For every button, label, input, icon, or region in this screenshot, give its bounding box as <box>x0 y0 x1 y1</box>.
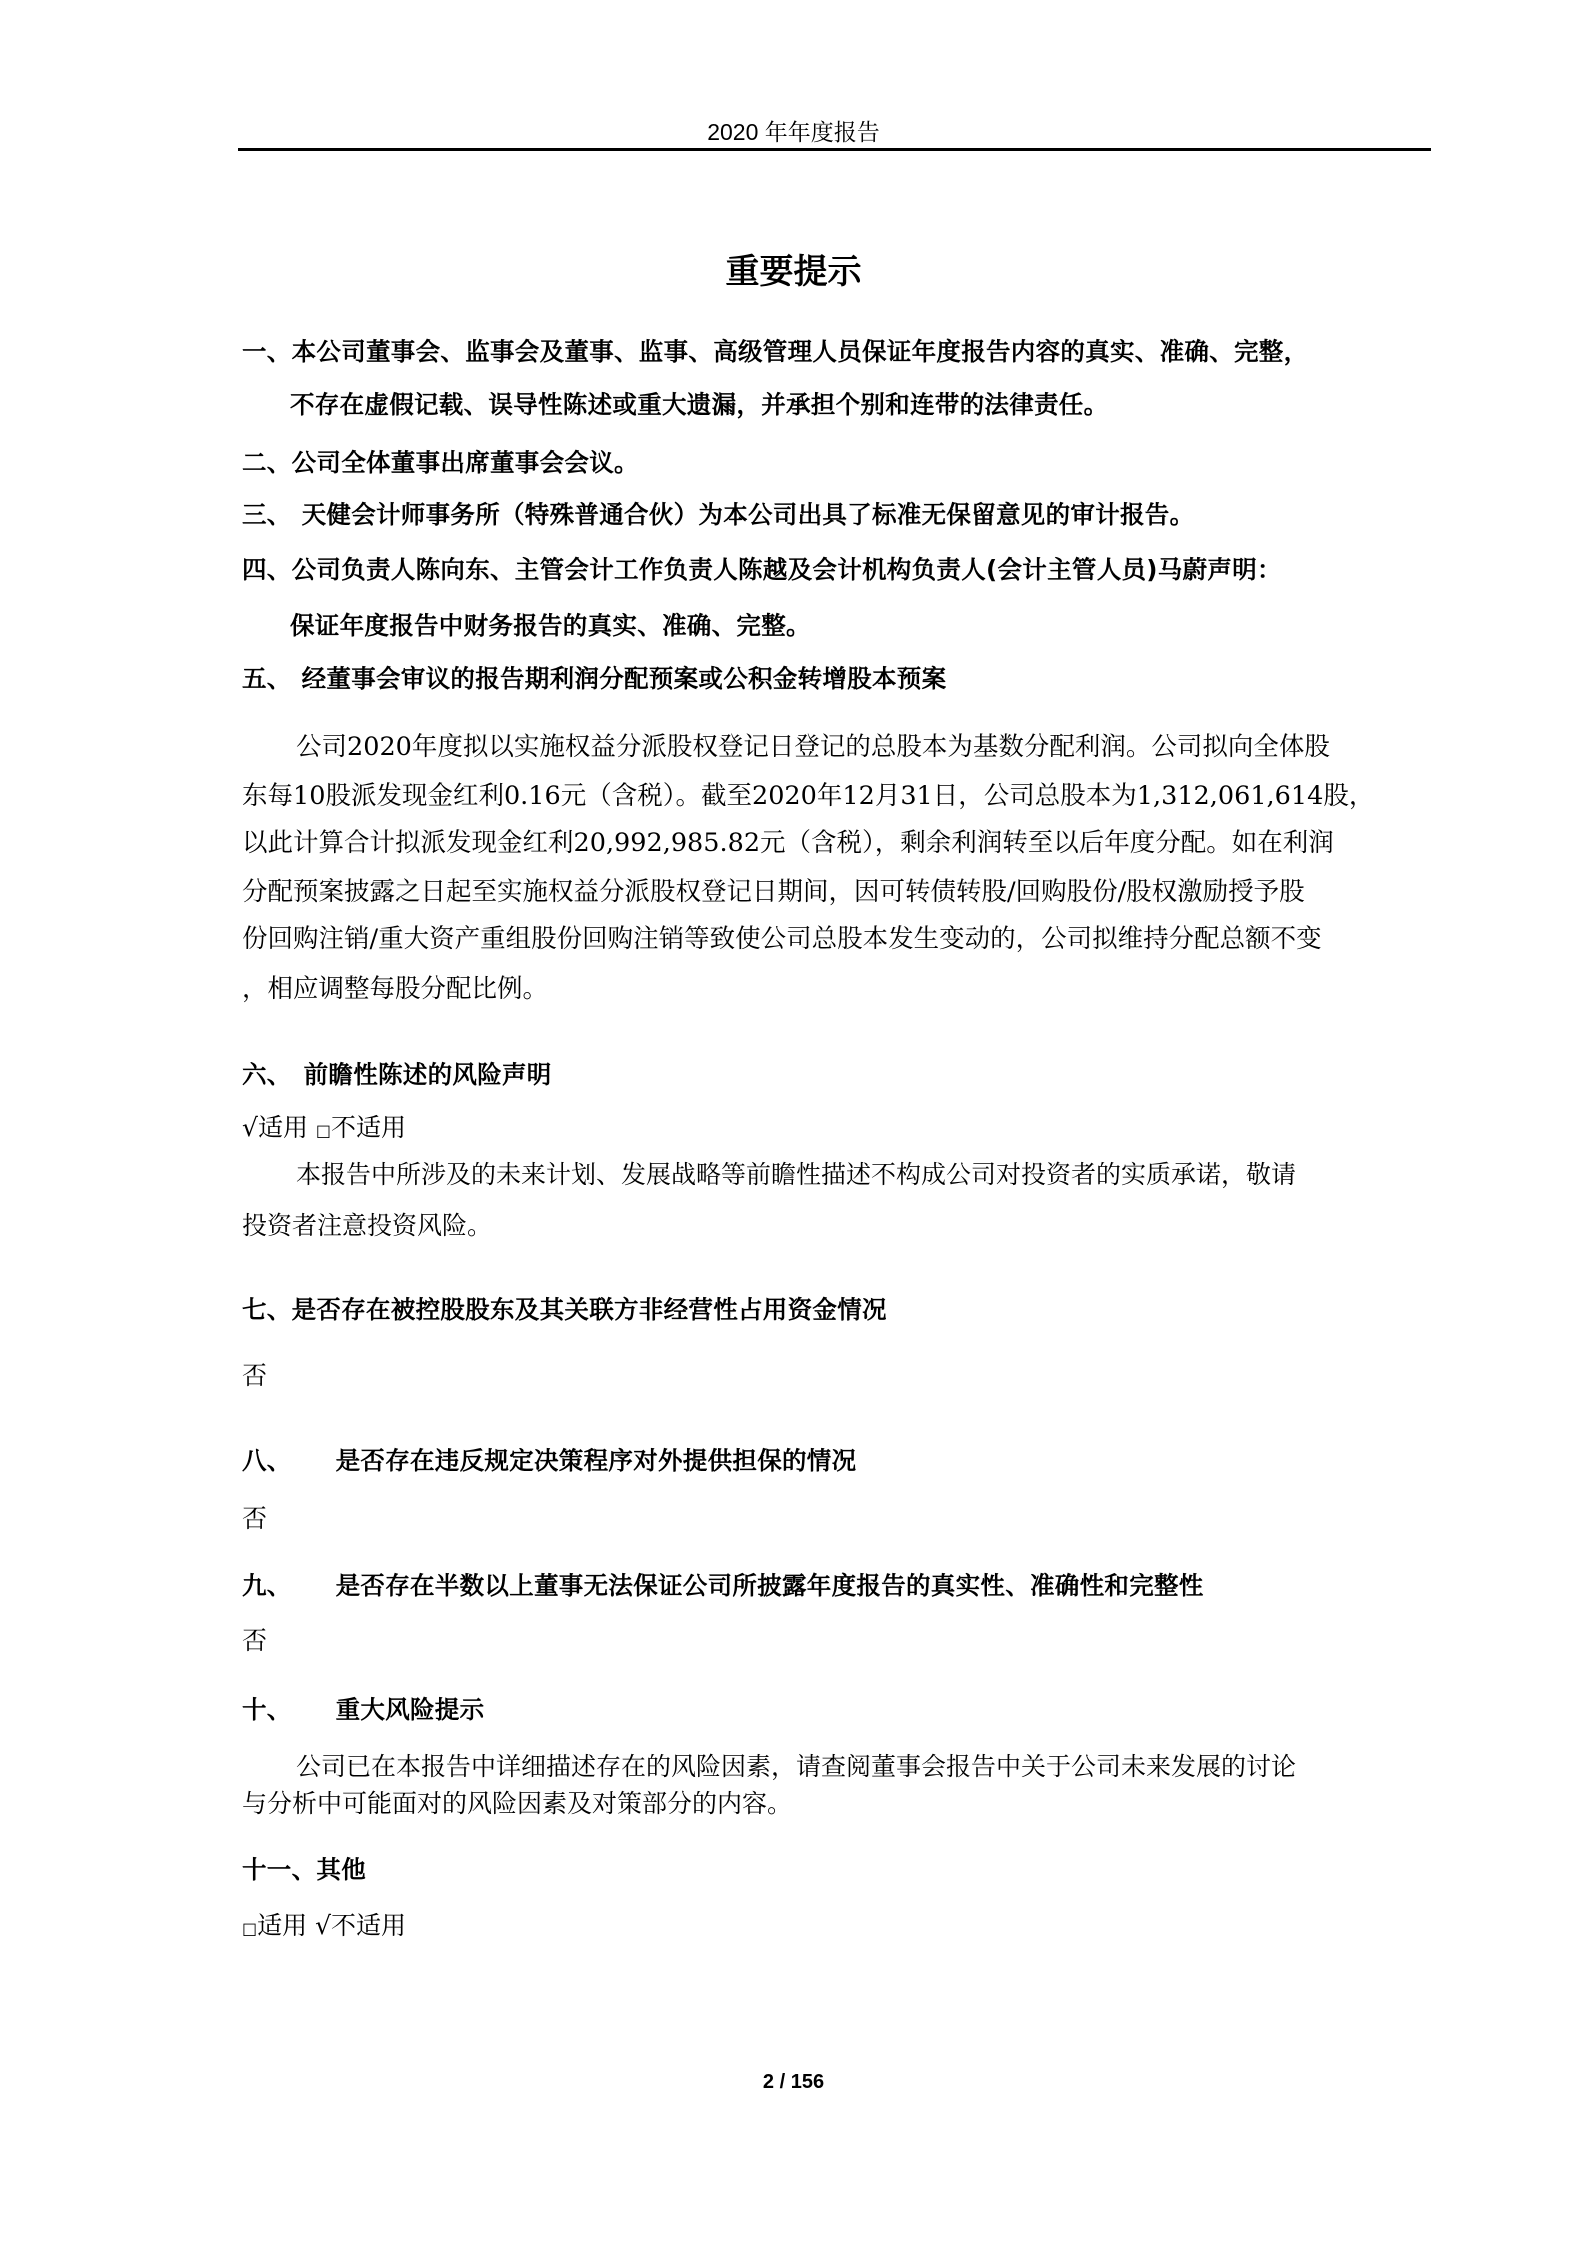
dividend-paragraph-line: 公司2020年度拟以实施权益分派股权登记日登记的总股本为基数分配利润。公司拟向全… <box>296 727 1330 763</box>
checkbox-empty-icon: □ <box>242 1919 257 1938</box>
header-rule <box>238 148 1431 151</box>
section-title: 是否存在违反规定决策程序对外提供担保的情况 <box>336 1446 857 1475</box>
dividend-paragraph-line: ，相应调整每股分配比例。 <box>242 969 1429 1005</box>
section-number: 六、 <box>242 1060 292 1089</box>
checkmark-icon: √ <box>242 1113 258 1142</box>
dividend-paragraph-line: 份回购注销/重大资产重组股份回购注销等致使公司总股本发生变动的，公司拟维持分配总… <box>242 919 1429 955</box>
section-9-heading: 九、是否存在半数以上董事无法保证公司所披露年度报告的真实性、准确性和完整性 <box>242 1567 1204 1602</box>
item-1-continuation: 不存在虚假记载、误导性陈述或重大遗漏，并承担个别和连带的法律责任。 <box>290 386 1108 421</box>
item-number: 三、 <box>242 500 292 529</box>
section-11-heading: 十一、其他 <box>242 1851 366 1886</box>
section-10-paragraph-line: 与分析中可能面对的风险因素及对策部分的内容。 <box>242 1784 792 1820</box>
section-6-paragraph-line: 本报告中所涉及的未来计划、发展战略等前瞻性描述不构成公司对投资者的实质承诺，敬请 <box>296 1155 1296 1191</box>
section-6-applicability: √适用 □不适用 <box>242 1108 406 1144</box>
item-5-heading: 五、经董事会审议的报告期利润分配预案或公积金转增股本预案 <box>242 660 946 695</box>
section-title: 是否存在被控股股东及其关联方非经营性占用资金情况 <box>292 1295 887 1324</box>
section-8-answer: 否 <box>242 1499 267 1535</box>
section-title: 其他 <box>316 1855 366 1884</box>
item-3-heading: 三、天健会计师事务所（特殊普通合伙）为本公司出具了标准无保留意见的审计报告。 <box>242 496 1194 531</box>
item-number: 一、 <box>242 337 292 366</box>
running-header: 2020 年年度报告 <box>0 114 1587 147</box>
item-text: 公司负责人陈向东、主管会计工作负责人陈越及会计机构负责人(会计主管人员)马蔚声明… <box>292 555 1282 584</box>
section-number: 十一、 <box>242 1855 316 1884</box>
section-10-heading: 十、重大风险提示 <box>242 1691 484 1726</box>
dividend-paragraph-line: 东每10股派发现金红利0.16元（含税）。截至2020年12月31日，公司总股本… <box>242 776 1429 812</box>
item-2-heading: 二、公司全体董事出席董事会会议。 <box>242 444 639 479</box>
section-8-heading: 八、是否存在违反规定决策程序对外提供担保的情况 <box>242 1442 856 1477</box>
page-title: 重要提示 <box>0 244 1587 293</box>
section-number: 七、 <box>242 1295 292 1324</box>
dividend-paragraph-line: 以此计算合计拟派发现金红利20,992,985.82元（含税），剩余利润转至以后… <box>242 823 1429 859</box>
not-applicable-label: 不适用 <box>331 1911 406 1940</box>
applicable-label: 适用 <box>258 1113 308 1142</box>
section-number: 八、 <box>242 1446 292 1475</box>
section-number: 十、 <box>242 1695 292 1724</box>
item-text: 经董事会审议的报告期利润分配预案或公积金转增股本预案 <box>302 664 947 693</box>
item-text: 公司全体董事出席董事会会议。 <box>292 448 639 477</box>
section-6-heading: 六、前瞻性陈述的风险声明 <box>242 1056 552 1091</box>
section-6-paragraph-line: 投资者注意投资风险。 <box>242 1206 492 1242</box>
page-number: 2 / 156 <box>0 2071 1587 2094</box>
dividend-paragraph-line: 分配预案披露之日起至实施权益分派股权登记日期间，因可转债转股/回购股份/股权激励… <box>242 872 1429 908</box>
item-text: 本公司董事会、监事会及董事、监事、高级管理人员保证年度报告内容的真实、准确、完整… <box>292 337 1309 366</box>
section-9-answer: 否 <box>242 1621 267 1657</box>
section-7-answer: 否 <box>242 1356 267 1392</box>
section-title: 重大风险提示 <box>336 1695 485 1724</box>
item-number: 二、 <box>242 448 292 477</box>
section-title: 前瞻性陈述的风险声明 <box>304 1060 552 1089</box>
item-4-heading: 四、公司负责人陈向东、主管会计工作负责人陈越及会计机构负责人(会计主管人员)马蔚… <box>242 551 1282 586</box>
section-number: 九、 <box>242 1571 292 1600</box>
section-11-applicability: □适用 √不适用 <box>242 1906 406 1942</box>
not-applicable-label: 不适用 <box>331 1113 406 1142</box>
checkmark-icon: √ <box>315 1911 331 1940</box>
applicable-label: 适用 <box>257 1911 307 1940</box>
item-text: 天健会计师事务所（特殊普通合伙）为本公司出具了标准无保留意见的审计报告。 <box>302 500 1195 529</box>
item-1-heading: 一、本公司董事会、监事会及董事、监事、高级管理人员保证年度报告内容的真实、准确、… <box>242 333 1308 368</box>
item-number: 五、 <box>242 664 292 693</box>
checkbox-empty-icon: □ <box>316 1121 331 1140</box>
section-7-heading: 七、是否存在被控股股东及其关联方非经营性占用资金情况 <box>242 1291 887 1326</box>
section-title: 是否存在半数以上董事无法保证公司所披露年度报告的真实性、准确性和完整性 <box>336 1571 1204 1600</box>
item-number: 四、 <box>242 555 292 584</box>
section-10-paragraph-line: 公司已在本报告中详细描述存在的风险因素，请查阅董事会报告中关于公司未来发展的讨论 <box>296 1747 1296 1783</box>
item-4-continuation: 保证年度报告中财务报告的真实、准确、完整。 <box>290 607 811 642</box>
